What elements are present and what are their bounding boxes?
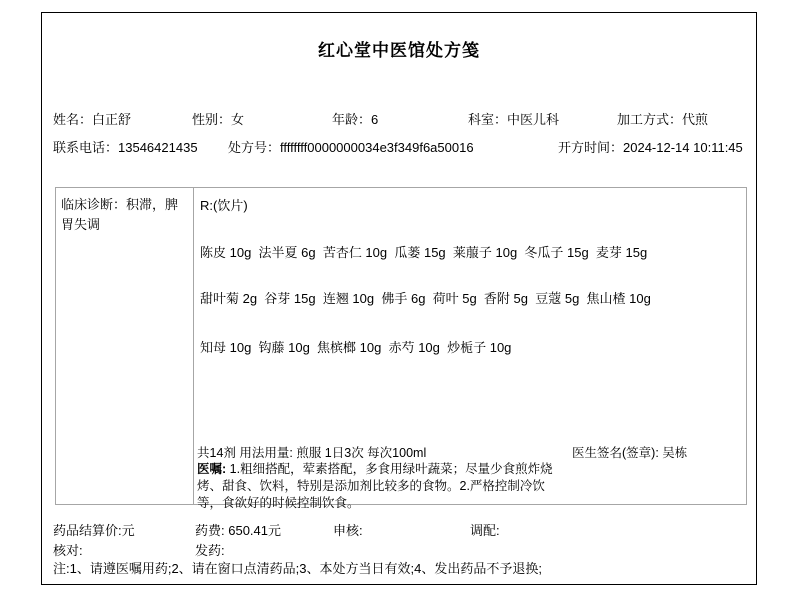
- field-phone: 联系电话：13546421435: [53, 137, 198, 156]
- field-prescription-no-value: ffffffff0000000034e3f349f6a50016: [280, 140, 474, 155]
- field-processing-method: 加工方式：代煎: [617, 109, 708, 128]
- medical-instructions: 医嘱: 1.粗细搭配，荤素搭配，多食用绿叶蔬菜；尽量少食煎炸烧 烤、甜食、饮料，…: [197, 461, 553, 512]
- field-age-label: 年龄：: [332, 112, 371, 127]
- medicine-line: 甜叶菊 2g 谷芽 15g 连翘 10g 佛手 6g 荷叶 5g 香附 5g 豆…: [200, 288, 651, 307]
- field-name: 姓名：白正舒: [53, 109, 131, 128]
- field-check: 核对:: [53, 540, 83, 559]
- field-prescription-no: 处方号：ffffffff0000000034e3f349f6a50016: [228, 137, 474, 156]
- prescription-page: 红心堂中医馆处方笺 姓名：白正舒 性别：女 年龄：6 科室：中医儿科 加工方式：…: [0, 0, 800, 600]
- field-department-label: 科室：: [468, 112, 507, 127]
- field-age-value: 6: [371, 112, 378, 127]
- field-name-label: 姓名：: [53, 112, 92, 127]
- instructions-line: 等，食欲好的时候控制饮食。: [197, 495, 553, 512]
- page-title: 红心堂中医馆处方笺: [41, 36, 757, 61]
- field-issue-time: 开方时间：2024-12-14 10:11:45: [558, 137, 743, 156]
- field-review: 申核:: [333, 520, 363, 539]
- instructions-label: 医嘱:: [197, 462, 226, 476]
- field-gender: 性别：女: [192, 109, 244, 128]
- field-processing-method-label: 加工方式：: [617, 112, 682, 127]
- field-phone-value: 13546421435: [118, 140, 198, 155]
- field-issue-time-value: 2024-12-14 10:11:45: [623, 140, 743, 155]
- medicine-line: 知母 10g 钩藤 10g 焦槟榔 10g 赤芍 10g 炒栀子 10g: [200, 337, 511, 356]
- field-processing-method-value: 代煎: [682, 112, 708, 127]
- field-department-value: 中医儿科: [507, 112, 559, 127]
- dosage-usage: 共14剂 用法用量: 煎服 1日3次 每次100ml: [197, 443, 426, 461]
- clinical-diagnosis: 临床诊断：积滞，脾胃失调: [61, 195, 187, 235]
- field-issue-time-label: 开方时间：: [558, 140, 623, 155]
- field-phone-label: 联系电话：: [53, 140, 118, 155]
- field-department: 科室：中医儿科: [468, 109, 559, 128]
- field-gender-value: 女: [231, 112, 244, 127]
- field-gender-label: 性别：: [192, 112, 231, 127]
- field-settlement-price: 药品结算价:元: [53, 520, 135, 539]
- field-dispense-prep: 调配:: [470, 520, 500, 539]
- instructions-line: 烤、甜食、饮料，特别是添加剂比较多的食物。2.严格控制冷饮: [197, 478, 553, 495]
- doctor-signature: 医生签名(签章): 吴栋: [572, 443, 687, 461]
- field-dispense: 发药:: [195, 540, 225, 559]
- medicine-line: 陈皮 10g 法半夏 6g 苦杏仁 10g 瓜蒌 15g 莱菔子 10g 冬瓜子…: [200, 242, 647, 261]
- field-name-value: 白正舒: [92, 112, 131, 127]
- rx-table-divider: [193, 187, 194, 505]
- rx-header: R:(饮片): [200, 195, 248, 214]
- instructions-line: 医嘱: 1.粗细搭配，荤素搭配，多食用绿叶蔬菜；尽量少食煎炸烧: [197, 461, 553, 478]
- field-medicine-fee: 药费: 650.41元: [195, 520, 281, 539]
- field-age: 年龄：6: [332, 109, 378, 128]
- field-prescription-no-label: 处方号：: [228, 140, 280, 155]
- footer-note: 注:1、请遵医嘱用药;2、请在窗口点清药品;3、本处方当日有效;4、发出药品不予…: [53, 558, 542, 577]
